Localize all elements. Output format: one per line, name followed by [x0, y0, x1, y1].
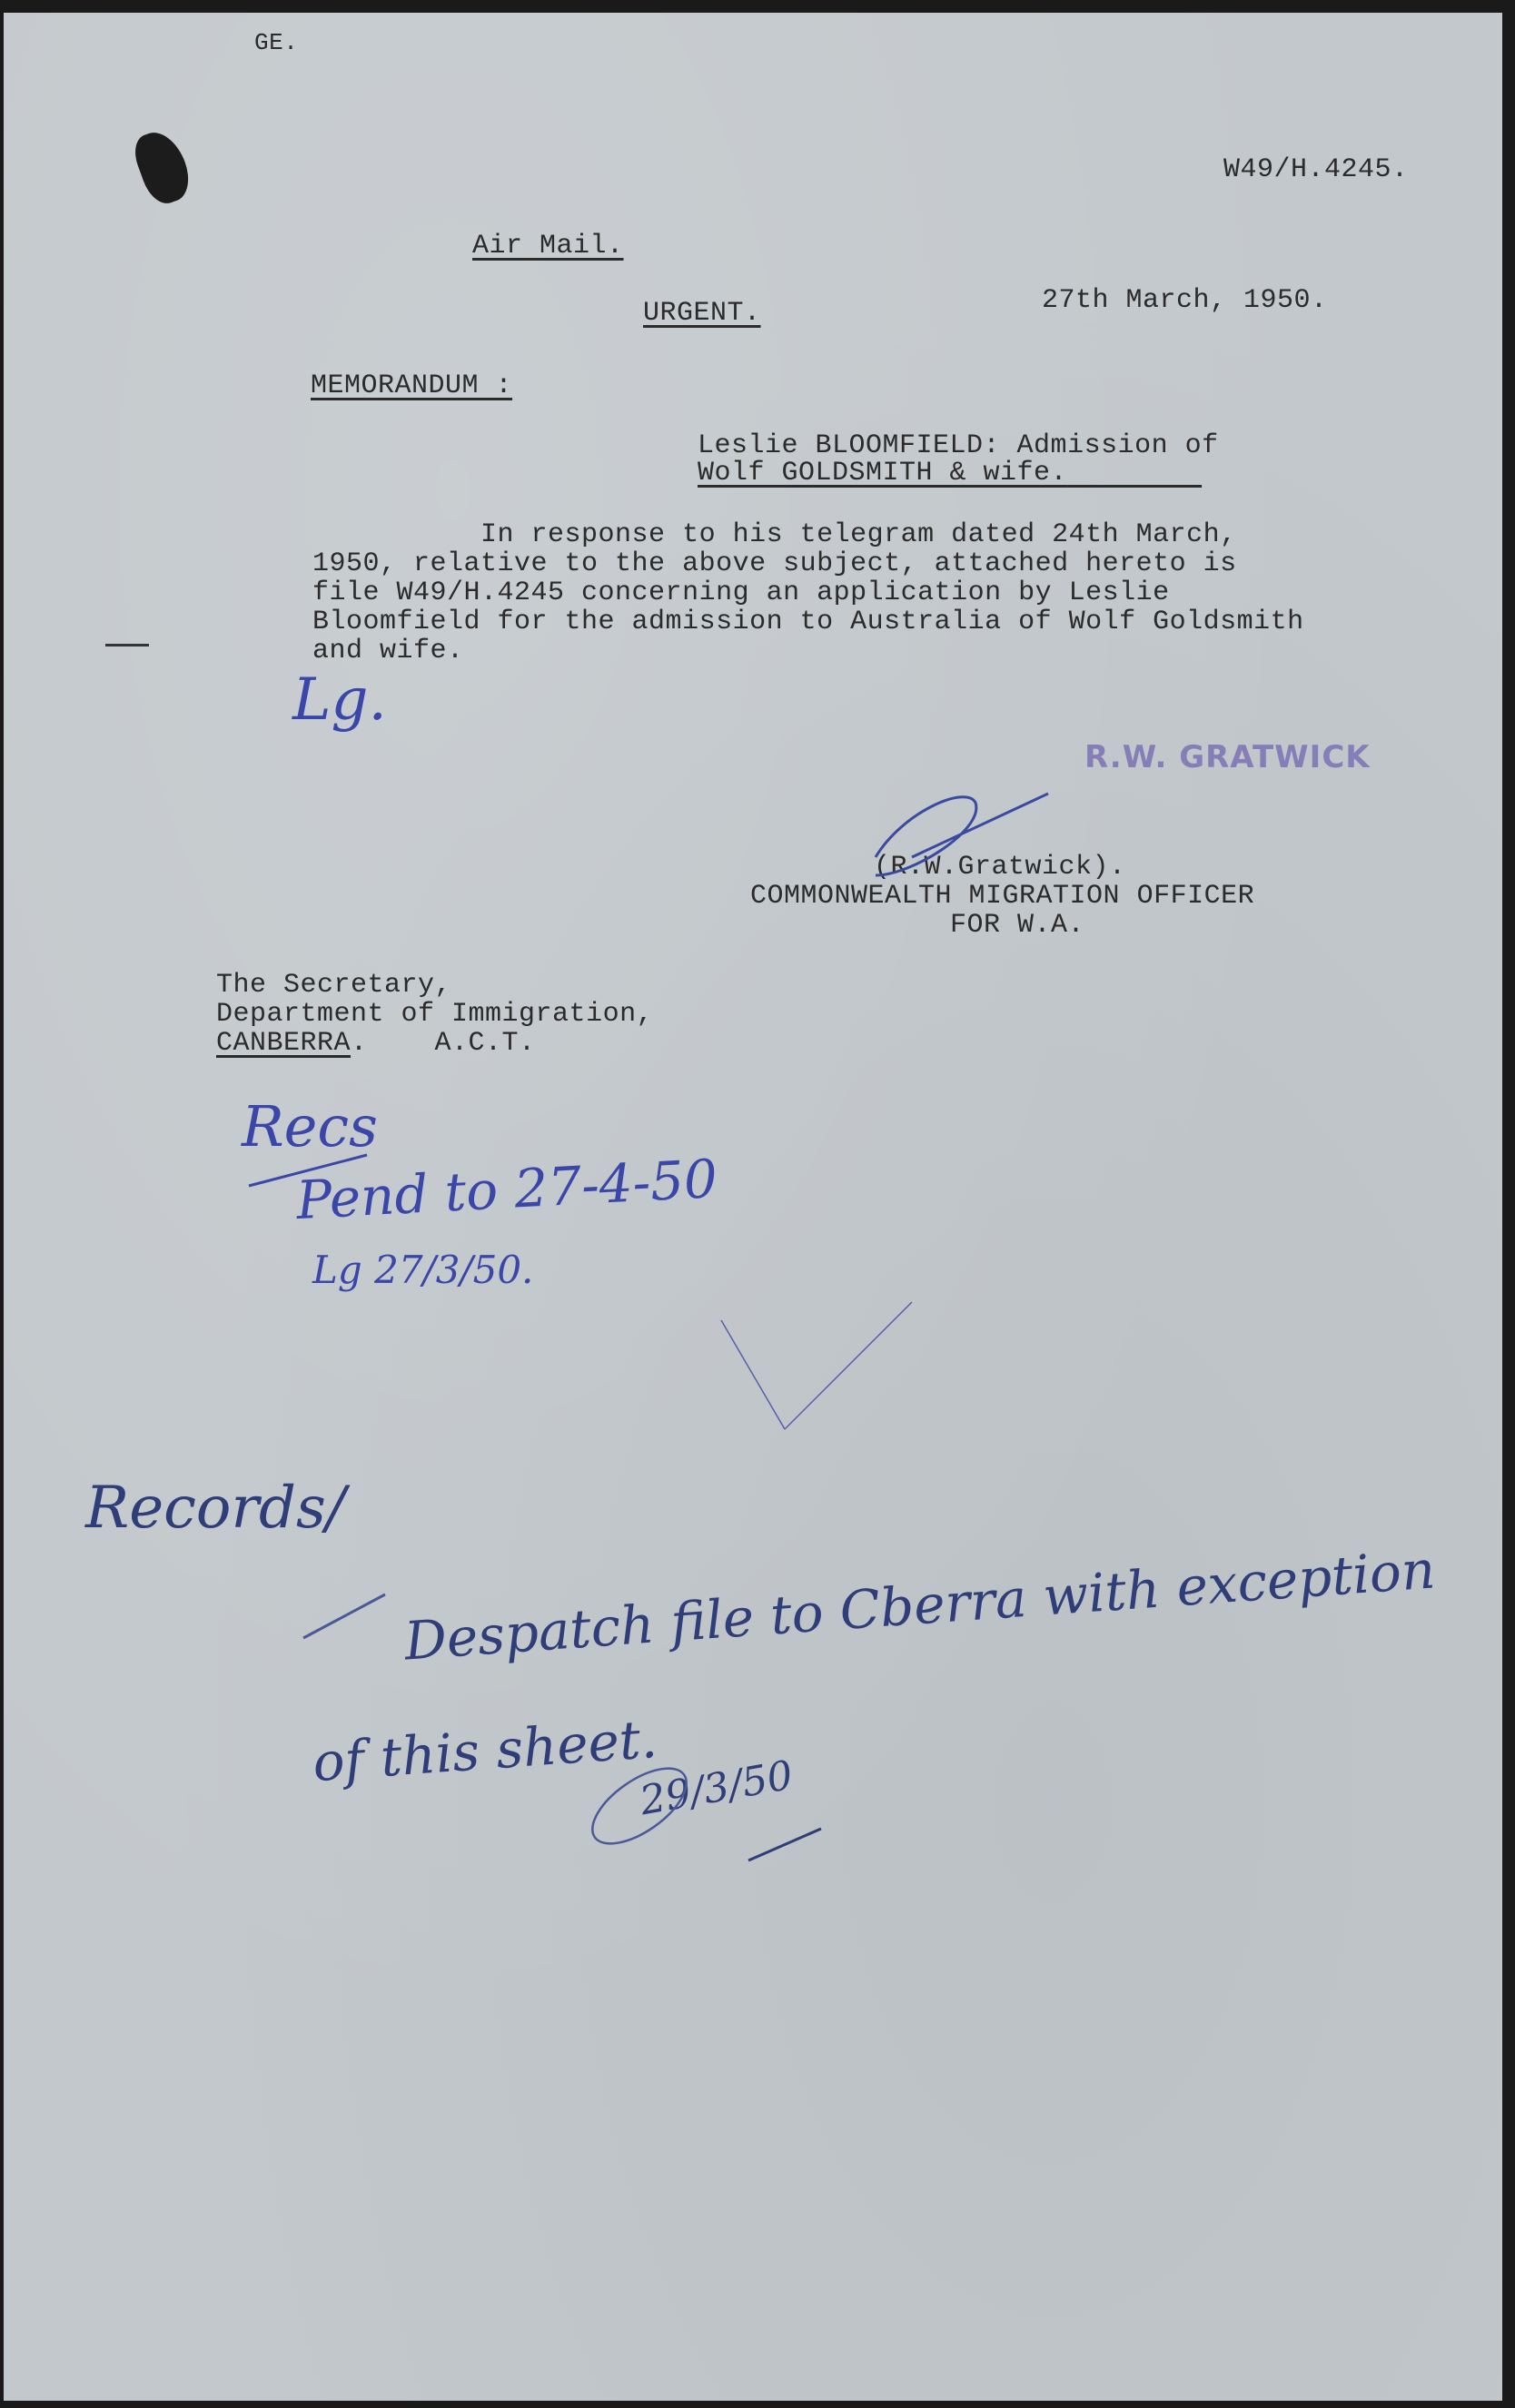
- records-slash: [303, 1594, 385, 1638]
- signature-scrawl: [876, 794, 1048, 875]
- document-page: GE. W49/H.4245. Air Mail. 27th March, 19…: [4, 13, 1502, 2401]
- recs-underline: [249, 1155, 367, 1186]
- tick-mark: [721, 1302, 912, 1429]
- initial-loop: [580, 1754, 698, 1859]
- date-underline: [748, 1829, 821, 1860]
- pen-strokes: [4, 13, 1502, 2401]
